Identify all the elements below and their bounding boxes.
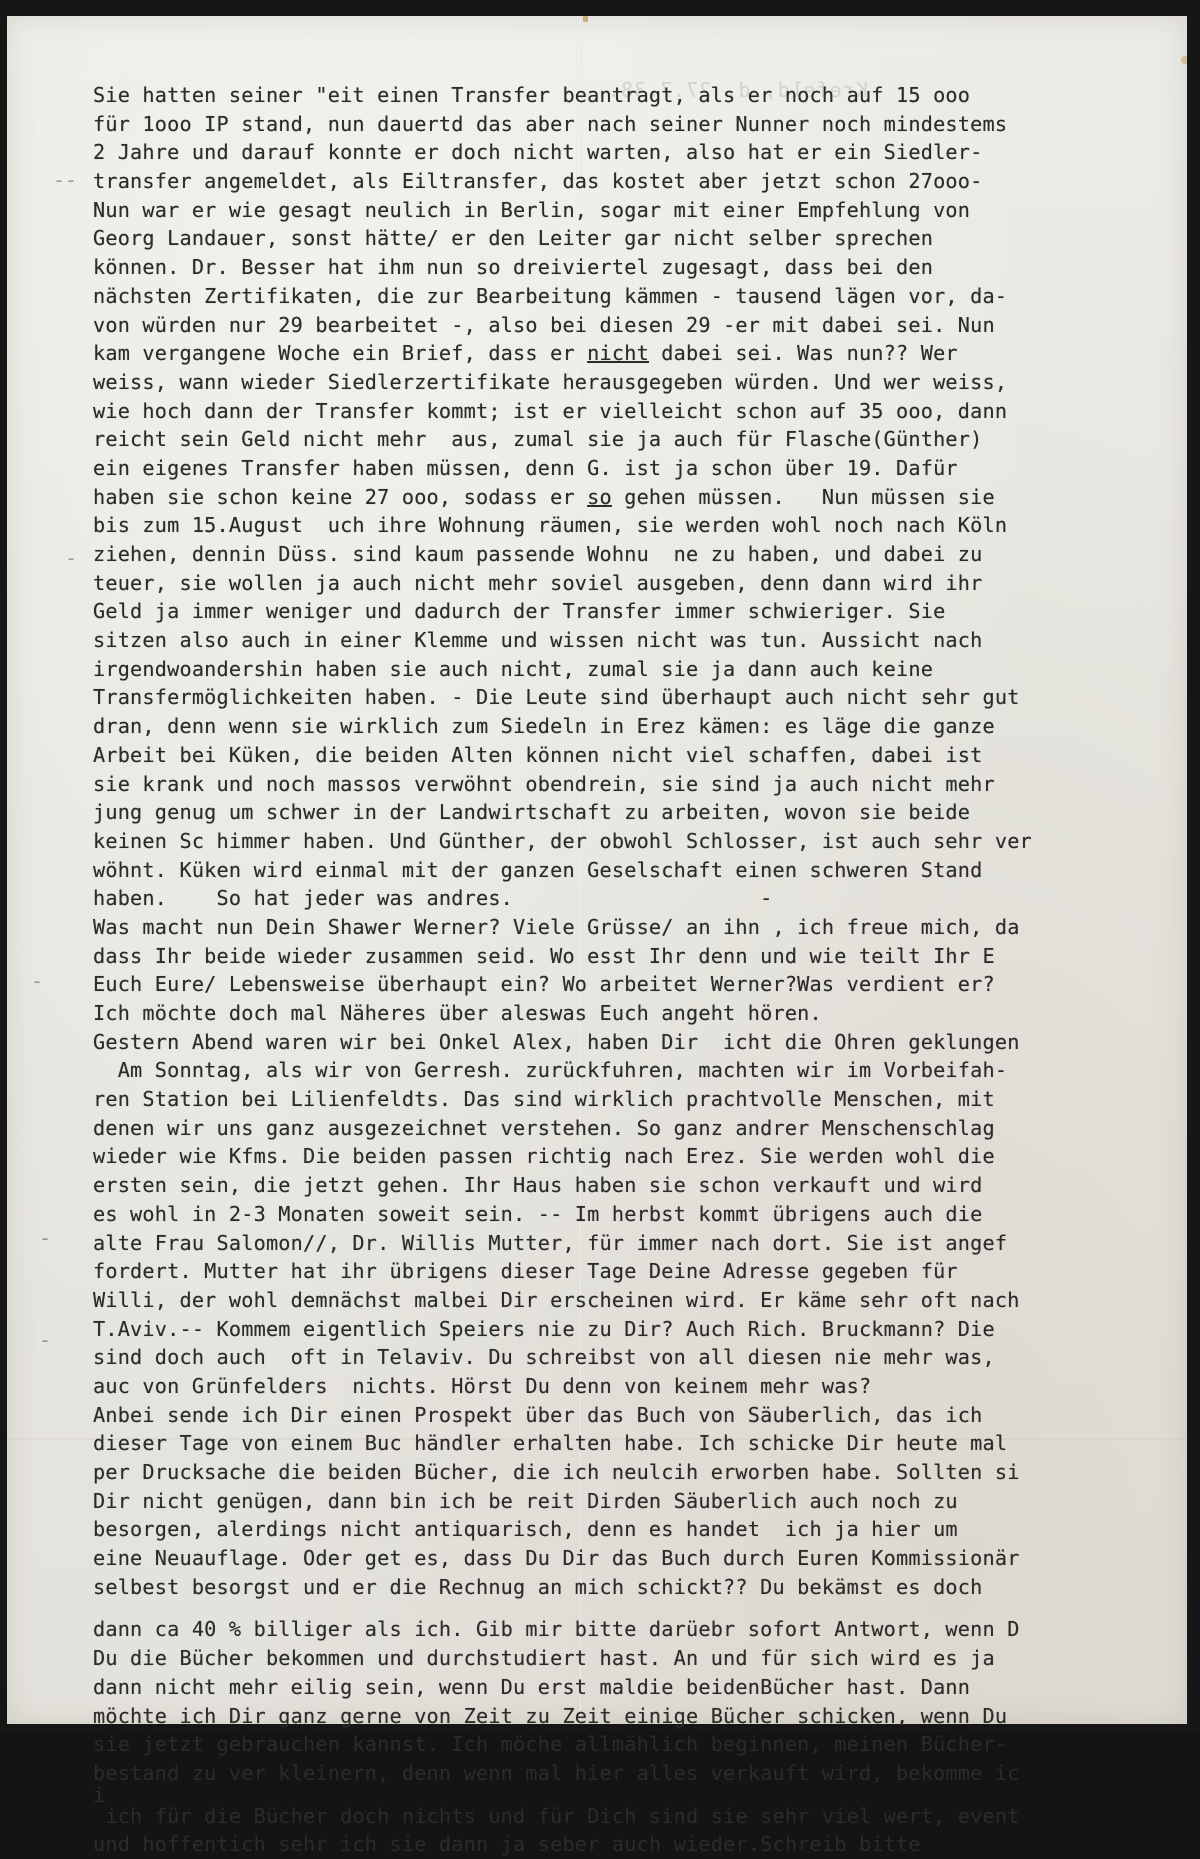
text-line: Transfermöglichkeiten haben. - Die Leute… <box>93 683 1193 712</box>
text-line: Dir nicht genügen, dann bin ich be reit … <box>93 1487 1193 1516</box>
text-line: Sie hatten seiner "eit einen Transfer be… <box>93 81 1193 110</box>
text-line: fordert. Mutter hat ihr übrigens dieser … <box>93 1257 1193 1286</box>
text-line: denen wir uns ganz ausgezeichnet versteh… <box>93 1114 1193 1143</box>
text-line: haben sie schon keine 27 ooo, sodass er … <box>93 483 1193 512</box>
text-line: wie hoch dann der Transfer kommt; ist er… <box>93 397 1193 426</box>
text-line: dran, denn wenn sie wirklich zum Siedeln… <box>93 712 1193 741</box>
text-line: sie krank und noch massos verwöhnt obend… <box>93 770 1193 799</box>
text-line: Am Sonntag, als wir von Gerresh. zurückf… <box>93 1056 1193 1085</box>
text-line: per Drucksache die beiden Bücher, die ic… <box>93 1458 1193 1487</box>
text-line: irgendwoandershin haben sie auch nicht, … <box>93 655 1193 684</box>
text-line: weiss, wann wieder Siedlerzertifikate he… <box>93 368 1193 397</box>
text-line: Gestern Abend waren wir bei Onkel Alex, … <box>93 1028 1193 1057</box>
margin-mark: - <box>65 546 77 570</box>
underlined-word: nicht <box>587 341 649 365</box>
text-line: Arbeit bei Küken, die beiden Alten könne… <box>93 741 1193 770</box>
paper-stain <box>583 16 588 22</box>
text-line: Geld ja immer weniger und dadurch der Tr… <box>93 597 1193 626</box>
margin-mark: - <box>39 1328 51 1352</box>
scanned-document: Krefeld, d. 27.7.38. -- - - - - Sie hatt… <box>0 0 1200 1732</box>
text-line: Anbei sende ich Dir einen Prospekt über … <box>93 1401 1193 1430</box>
text-line: ein eigenes Transfer haben müssen, denn … <box>93 454 1193 483</box>
text-line: sitzen also auch in einer Klemme und wis… <box>93 626 1193 655</box>
text-line: selbest besorgst und er die Rechnug an m… <box>93 1573 1193 1602</box>
text-line: dass Ihr beide wieder zusammen seid. Wo … <box>93 942 1193 971</box>
text-line: ren Station bei Lilienfeldts. Das sind w… <box>93 1085 1193 1114</box>
text-line: von würden nur 29 bearbeitet -, also bei… <box>93 311 1193 340</box>
text-line: keinen Sc himmer haben. Und Günther, der… <box>93 827 1193 856</box>
text-line: reicht sein Geld nicht mehr aus, zumal s… <box>93 425 1193 454</box>
text-line: bis zum 15.August uch ihre Wohnung räume… <box>93 511 1193 540</box>
text-line: dann ca 40 % billiger als ich. Gib mir b… <box>93 1615 1193 1644</box>
text-line: besorgen, alerdings nicht antiquarisch, … <box>93 1515 1193 1544</box>
text-line: alte Frau Salomon//, Dr. Willis Mutter, … <box>93 1229 1193 1258</box>
text-line: dann nicht mehr eilig sein, wenn Du erst… <box>93 1673 1193 1702</box>
text-line: wöhnt. Küken wird einmal mit der ganzen … <box>93 856 1193 885</box>
text-line: ziehen, dennin Düss. sind kaum passende … <box>93 540 1193 569</box>
text-line: haben. So hat jeder was andres. - <box>93 884 1193 913</box>
text-line: möchte ich Dir ganz gerne von Zeit zu Ze… <box>93 1702 1193 1731</box>
text-line: Willi, der wohl demnächst malbei Dir ers… <box>93 1286 1193 1315</box>
text-line: für 1ooo IP stand, nun dauertd das aber … <box>93 110 1193 139</box>
margin-mark: - <box>31 969 43 993</box>
text-line: kam vergangene Woche ein Brief, dass er … <box>93 339 1193 368</box>
text-line: sind doch auch oft in Telaviv. Du schrei… <box>93 1343 1193 1372</box>
text-line: eine Neuauflage. Oder get es, dass Du Di… <box>93 1544 1193 1573</box>
text-line: nächsten Zertifikaten, die zur Bearbeitu… <box>93 282 1193 311</box>
text-line: Georg Landauer, sonst hätte/ er den Leit… <box>93 224 1193 253</box>
text-line: jung genug um schwer in der Landwirtscha… <box>93 798 1193 827</box>
paper-stain <box>1181 56 1187 64</box>
text-line: wieder wie Kfms. Die beiden passen richt… <box>93 1142 1193 1171</box>
text-line: auc von Grünfelders nichts. Hörst Du den… <box>93 1372 1193 1401</box>
text-line: dieser Tage von einem Buc händler erhalt… <box>93 1429 1193 1458</box>
text-line: Ich möchte doch mal Näheres über aleswas… <box>93 999 1193 1028</box>
letter-body: Sie hatten seiner "eit einen Transfer be… <box>93 81 1193 1732</box>
text-line: transfer angemeldet, als Eiltransfer, da… <box>93 167 1193 196</box>
margin-mark: - <box>39 1226 51 1250</box>
text-line: es wohl in 2-3 Monaten soweit sein. -- I… <box>93 1200 1193 1229</box>
text-line: T.Aviv.-- Kommem eigentlich Speiers nie … <box>93 1315 1193 1344</box>
margin-mark: -- <box>53 168 77 192</box>
underlined-word: so <box>587 485 612 509</box>
text-line: teuer, sie wollen ja auch nicht mehr sov… <box>93 569 1193 598</box>
text-line: Was macht nun Dein Shawer Werner? Viele … <box>93 913 1193 942</box>
text-line: ersten sein, die jetzt gehen. Ihr Haus h… <box>93 1171 1193 1200</box>
text-line: können. Dr. Besser hat ihm nun so dreivi… <box>93 253 1193 282</box>
text-line: Euch Eure/ Lebensweise überhaupt ein? Wo… <box>93 970 1193 999</box>
text-line: Du die Bücher bekommen und durchstudiert… <box>93 1644 1193 1673</box>
text-line: 2 Jahre und darauf konnte er doch nicht … <box>93 138 1193 167</box>
text-line: Nun war er wie gesagt neulich in Berlin,… <box>93 196 1193 225</box>
